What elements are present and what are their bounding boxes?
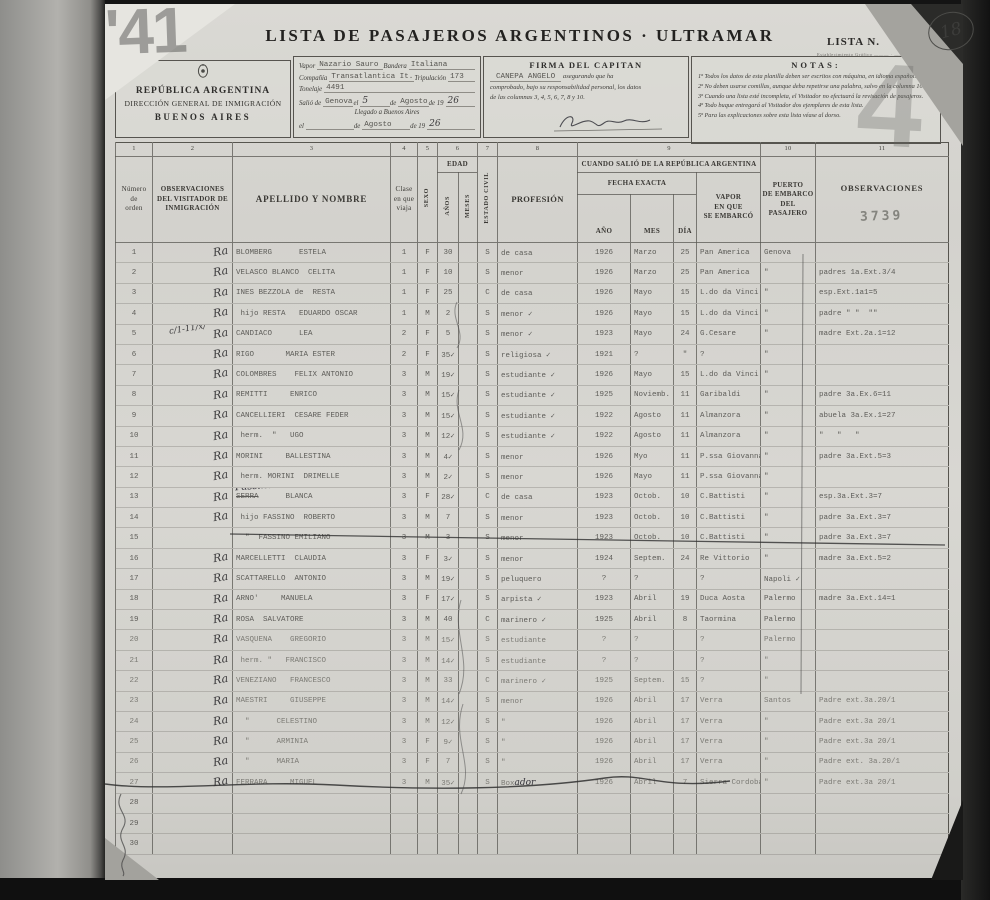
issuer-agency: DIRECCIÓN GENERAL DE INMIGRACIÓN bbox=[116, 99, 290, 108]
cell-numero: 5 bbox=[116, 324, 153, 344]
departure-month: Marzo bbox=[631, 269, 673, 277]
passenger-name: " FASSINO EMILIANO bbox=[236, 534, 331, 542]
colnum-2: 2 bbox=[153, 143, 233, 157]
embarkation-port: " bbox=[761, 432, 815, 440]
header-estado-civil: ESTADO CIVIL bbox=[478, 157, 498, 243]
cell-vapor: C.Battisti bbox=[697, 487, 761, 507]
passenger-name: FERRARA MIGUEL bbox=[236, 779, 317, 787]
passenger-row: 8 Ra REMITTI ENRICO 3 M 15✓ S estudiante… bbox=[116, 385, 949, 405]
profession: menor bbox=[501, 515, 524, 523]
cell-civil: S bbox=[478, 385, 498, 405]
cell-anio: 1925 bbox=[578, 610, 631, 630]
captain-box-title: FIRMA DEL CAPITAN bbox=[490, 60, 682, 70]
departure-year: 1926 bbox=[578, 453, 630, 461]
cell-numero: 3 bbox=[116, 283, 153, 303]
departure-vessel: Almanzora bbox=[697, 432, 760, 440]
row-number: 6 bbox=[116, 351, 152, 359]
cell-mes: Septem. bbox=[631, 671, 674, 691]
cell-vapor: ? bbox=[697, 650, 761, 670]
passenger-row: 10 Ra herm. " UGO 3 M 12✓ S estudiante ✓… bbox=[116, 426, 949, 446]
cell-sexo: M bbox=[418, 528, 438, 548]
cell-clase: 3 bbox=[391, 650, 418, 670]
cell-numero: 14 bbox=[116, 508, 153, 528]
passenger-name: herm. MORINI DRIMELLE bbox=[236, 473, 340, 481]
cell-sexo: M bbox=[418, 711, 438, 731]
cell-dia: 19 bbox=[674, 589, 697, 609]
row-number: 29 bbox=[116, 820, 152, 828]
cell-anos: 30 bbox=[438, 243, 459, 263]
cell-vapor: Verra bbox=[697, 732, 761, 752]
cell-vapor: L.do da Vinci bbox=[697, 283, 761, 303]
passenger-name: ARNO' MANUELA bbox=[236, 595, 313, 603]
departure-vessel: Sierra Cordoba bbox=[697, 779, 760, 787]
cell-obs: esp.Ext.1a1=5 bbox=[816, 283, 949, 303]
cell-numero: 2 bbox=[116, 263, 153, 283]
departure-vessel: ? bbox=[697, 657, 760, 665]
passenger-row: 21 Ra herm. " FRANCISCO 3 M 14✓ S estudi… bbox=[116, 650, 949, 670]
embarkation-port: " bbox=[761, 412, 815, 420]
passenger-name: " CELESTINO bbox=[236, 718, 317, 726]
cell-numero: 10 bbox=[116, 426, 153, 446]
cell-profesion: de casa bbox=[498, 487, 578, 507]
travel-class: 3 bbox=[391, 555, 417, 563]
cell-numero: 23 bbox=[116, 691, 153, 711]
visitor-mark: Ra bbox=[212, 509, 229, 524]
cell-profesion: marinero ✓ bbox=[498, 610, 578, 630]
age-years: 12✓ bbox=[438, 717, 458, 727]
cell-dia bbox=[674, 630, 697, 650]
cell-sexo: M bbox=[418, 508, 438, 528]
profession: menor bbox=[501, 556, 524, 564]
passenger-row: 20 Ra VASQUENA GREGORIO 3 M 15✓ S estudi… bbox=[116, 630, 949, 650]
cell-clase: 3 bbox=[391, 426, 418, 446]
passenger-row: 18 Ra ARNO' MANUELA 3 F 17✓ S arpista ✓ … bbox=[116, 589, 949, 609]
departure-vessel: L.do da Vinci bbox=[697, 371, 760, 379]
observations: Padre ext.3a.20/1 bbox=[816, 697, 948, 705]
departure-day: 15 bbox=[674, 371, 696, 379]
cell-puerto: " bbox=[761, 406, 816, 426]
row-number: 30 bbox=[116, 840, 152, 848]
age-years: 3 bbox=[438, 534, 458, 542]
salio-label: Salió de bbox=[299, 100, 323, 107]
cell-puerto: " bbox=[761, 650, 816, 670]
passenger-name: RIGO MARIA ESTER bbox=[236, 351, 335, 359]
embarkation-port: " bbox=[761, 371, 815, 379]
cell-sexo: M bbox=[418, 426, 438, 446]
embarkation-port: " bbox=[761, 351, 815, 359]
departure-year: 1926 bbox=[578, 697, 630, 705]
cell-puerto: " bbox=[761, 487, 816, 507]
header-row-main: Número de orden OBSERVACIONES DEL VISITA… bbox=[116, 157, 949, 173]
cell-vapor: Re Vittorio bbox=[697, 548, 761, 568]
passenger-row: 5 c/1-11/x/ Ra CANDIACO LEA 2 F 5 S meno… bbox=[116, 324, 949, 344]
visitor-mark: Ra bbox=[212, 407, 229, 422]
cell-meses bbox=[459, 711, 478, 731]
age-years: 2 bbox=[438, 310, 458, 318]
cell-civil: S bbox=[478, 589, 498, 609]
cell-visitador: Ra bbox=[153, 650, 233, 670]
cell-meses bbox=[459, 528, 478, 548]
cell-nombre: MARCELLETTI CLAUDIA bbox=[233, 548, 391, 568]
cell-dia: 15 bbox=[674, 304, 697, 324]
cell-obs: Padre ext.3a 20/1 bbox=[816, 732, 949, 752]
departure-day: 8 bbox=[674, 616, 696, 624]
cell-civil bbox=[478, 834, 498, 854]
cell-profesion: estudiante ✓ bbox=[498, 426, 578, 446]
departure-year: 1923 bbox=[578, 534, 630, 542]
civil-status: S bbox=[478, 738, 497, 746]
cell-mes: Abril bbox=[631, 773, 674, 793]
header-apellido: APELLIDO Y NOMBRE bbox=[233, 157, 391, 243]
header-mes: MES bbox=[631, 195, 674, 243]
cell-anio: 1923 bbox=[578, 324, 631, 344]
embarkation-port: " bbox=[761, 493, 815, 501]
cell-meses bbox=[459, 813, 478, 833]
travel-class: 3 bbox=[391, 697, 417, 705]
cell-obs bbox=[816, 630, 949, 650]
cell-clase: 2 bbox=[391, 344, 418, 364]
cell-anio: 1922 bbox=[578, 426, 631, 446]
cell-dia: 15 bbox=[674, 365, 697, 385]
departure-month: Abril bbox=[631, 779, 673, 787]
cell-sexo: F bbox=[418, 344, 438, 364]
civil-status: S bbox=[478, 249, 497, 257]
sex: M bbox=[418, 412, 437, 420]
passenger-row: 26 Ra " MARIA 3 F 7 S " 1926 Abril 17 bbox=[116, 752, 949, 772]
cell-vapor: Almanzora bbox=[697, 426, 761, 446]
cell-puerto: " bbox=[761, 446, 816, 466]
row-number: 23 bbox=[116, 697, 152, 705]
cell-anio: 1923 bbox=[578, 487, 631, 507]
departure-month: Abril bbox=[631, 697, 673, 705]
departure-month: ? bbox=[631, 657, 673, 665]
departure-day: 11 bbox=[674, 391, 696, 399]
cell-puerto: " bbox=[761, 385, 816, 405]
cell-vapor: G.Cesare bbox=[697, 324, 761, 344]
cell-puerto: Palermo bbox=[761, 610, 816, 630]
embarkation-port: Santos bbox=[761, 697, 815, 705]
cell-anio: 1926 bbox=[578, 732, 631, 752]
cell-nombre: herm. " UGO bbox=[233, 426, 391, 446]
cell-civil: S bbox=[478, 691, 498, 711]
cell-anio: 1926 bbox=[578, 773, 631, 793]
cell-clase: 3 bbox=[391, 508, 418, 528]
cell-obs bbox=[816, 243, 949, 263]
cell-numero: 8 bbox=[116, 385, 153, 405]
cell-visitador: Ra bbox=[153, 304, 233, 324]
civil-status: S bbox=[478, 758, 497, 766]
age-years: 15✓ bbox=[438, 411, 458, 421]
cell-anos: 10 bbox=[438, 263, 459, 283]
cell-visitador: Ra bbox=[153, 283, 233, 303]
scan-background-bottom bbox=[0, 878, 990, 900]
departure-month: Septem. bbox=[631, 555, 673, 563]
handwritten-profession: ador bbox=[515, 778, 536, 788]
profession: menor bbox=[501, 474, 524, 482]
header-sexo-label: SEXO bbox=[423, 188, 431, 207]
visitor-mark: Ra bbox=[212, 427, 229, 442]
passenger-row: 14 Ra hijo FASSINO ROBERTO 3 M 7 S menor… bbox=[116, 508, 949, 528]
cell-nombre: CANDIACO LEA bbox=[233, 324, 391, 344]
row-number: 22 bbox=[116, 677, 152, 685]
cell-obs: " " " bbox=[816, 426, 949, 446]
cell-profesion: " bbox=[498, 752, 578, 772]
cell-nombre: " FASSINO EMILIANO bbox=[233, 528, 391, 548]
issuer-country: REPÚBLICA ARGENTINA bbox=[116, 86, 290, 96]
visitor-mark: Ra bbox=[212, 264, 229, 279]
header-dia: DÍA bbox=[674, 195, 697, 243]
sex: M bbox=[418, 391, 437, 399]
cell-civil: S bbox=[478, 732, 498, 752]
cell-nombre bbox=[233, 834, 391, 854]
civil-status: S bbox=[478, 391, 497, 399]
cell-obs: Padre ext.3a 20/1 bbox=[816, 773, 949, 793]
departure-day: 11 bbox=[674, 432, 696, 440]
cell-visitador: Ra bbox=[153, 446, 233, 466]
cell-numero: 16 bbox=[116, 548, 153, 568]
embarkation-port: Palermo bbox=[761, 636, 815, 644]
cell-dia: 11 bbox=[674, 406, 697, 426]
departure-month: ? bbox=[631, 575, 673, 583]
civil-status: S bbox=[478, 412, 497, 420]
departure-month: Abril bbox=[631, 718, 673, 726]
age-years: 25 bbox=[438, 289, 458, 297]
cell-clase: 3 bbox=[391, 711, 418, 731]
cell-anio: 1926 bbox=[578, 304, 631, 324]
cell-mes: Abril bbox=[631, 610, 674, 630]
cell-numero: 4 bbox=[116, 304, 153, 324]
travel-class: 3 bbox=[391, 616, 417, 624]
cell-nombre: SCATTARELLO ANTONIO bbox=[233, 569, 391, 589]
departure-year: 1926 bbox=[578, 779, 630, 787]
sex: M bbox=[418, 310, 437, 318]
departure-vessel: Verra bbox=[697, 758, 760, 766]
row-number: 17 bbox=[116, 575, 152, 583]
travel-class: 3 bbox=[391, 595, 417, 603]
embarkation-port: " bbox=[761, 514, 815, 522]
passenger-row: 16 Ra MARCELLETTI CLAUDIA 3 F 3✓ S menor… bbox=[116, 548, 949, 568]
sex: M bbox=[418, 657, 437, 665]
cell-mes: Octob. bbox=[631, 528, 674, 548]
header-sexo: SEXO bbox=[418, 157, 438, 243]
observations: abuela 3a.Ex.1=27 bbox=[816, 412, 948, 420]
cell-anio: 1926 bbox=[578, 711, 631, 731]
passenger-row: 24 Ra " CELESTINO 3 M 12✓ S " 1926 Abril… bbox=[116, 711, 949, 731]
cell-puerto: " bbox=[761, 263, 816, 283]
embarkation-port: " bbox=[761, 779, 815, 787]
passenger-row: 1 Ra BLOMBERG ESTELA 1 F 30 S de casa 19… bbox=[116, 243, 949, 263]
cell-numero: 12 bbox=[116, 467, 153, 487]
compania-label: Compañía bbox=[299, 75, 329, 82]
cell-meses bbox=[459, 283, 478, 303]
cell-vapor: Duca Aosta bbox=[697, 589, 761, 609]
cell-numero: 24 bbox=[116, 711, 153, 731]
cell-dia: 25 bbox=[674, 243, 697, 263]
age-years: 28✓ bbox=[438, 492, 458, 502]
cell-civil: C bbox=[478, 487, 498, 507]
salio-anio-value: 26 bbox=[446, 96, 475, 107]
sex: F bbox=[418, 249, 437, 257]
cell-nombre: " ARMINIA bbox=[233, 732, 391, 752]
cell-puerto: " bbox=[761, 467, 816, 487]
passenger-name: hijo FASSINO ROBERTO bbox=[236, 514, 335, 522]
travel-class: 3 bbox=[391, 371, 417, 379]
cell-civil: C bbox=[478, 610, 498, 630]
cell-clase: 1 bbox=[391, 283, 418, 303]
sex: F bbox=[418, 351, 437, 359]
cell-obs bbox=[816, 650, 949, 670]
embarkation-port: " bbox=[761, 718, 815, 726]
departure-year: 1923 bbox=[578, 493, 630, 501]
passenger-row: 22 Ra VENEZIANO FRANCESCO 3 M 33 C marin… bbox=[116, 671, 949, 691]
cell-obs: padre 3a.Ext.3=7 bbox=[816, 528, 949, 548]
cell-anio: 1921 bbox=[578, 344, 631, 364]
captain-text-3: de las columnas 3, 4, 5, 6, 7, 8 y 10. bbox=[490, 93, 682, 103]
cell-meses bbox=[459, 446, 478, 466]
departure-day: 15 bbox=[674, 310, 696, 318]
previous-page-edge bbox=[0, 0, 105, 884]
cell-meses bbox=[459, 732, 478, 752]
departure-vessel: G.Cesare bbox=[697, 330, 760, 338]
cell-dia: 10 bbox=[674, 487, 697, 507]
age-years: 33 bbox=[438, 677, 458, 685]
cell-mes: Noviemb. bbox=[631, 385, 674, 405]
observations: Padre ext. 3a.20/1 bbox=[816, 758, 948, 766]
passenger-name: BLOMBERG ESTELA bbox=[236, 249, 326, 257]
cell-visitador: Ra bbox=[153, 773, 233, 793]
cell-nombre: herm. MORINI DRIMELLE bbox=[233, 467, 391, 487]
cell-anio: 1926 bbox=[578, 752, 631, 772]
cell-meses bbox=[459, 589, 478, 609]
de192-label: de 19 bbox=[410, 123, 427, 130]
header-numero: Número de orden bbox=[116, 157, 153, 243]
age-years: 3✓ bbox=[438, 554, 458, 564]
header-observaciones-visitador: OBSERVACIONES DEL VISITADOR DE INMIGRACI… bbox=[153, 157, 233, 243]
cell-sexo: M bbox=[418, 569, 438, 589]
cell-civil: S bbox=[478, 711, 498, 731]
cell-profesion: estudiante ✓ bbox=[498, 385, 578, 405]
header-cuando-salio: CUANDO SALIÓ DE LA REPÚBLICA ARGENTINA bbox=[578, 157, 761, 173]
row-number: 11 bbox=[116, 453, 152, 461]
header-estado-label: ESTADO CIVIL bbox=[483, 172, 491, 224]
departure-vessel: Verra bbox=[697, 738, 760, 746]
cell-nombre: hijo RESTA EDUARDO OSCAR bbox=[233, 304, 391, 324]
cell-obs bbox=[816, 610, 949, 630]
cell-profesion: menor bbox=[498, 508, 578, 528]
captain-text-1: asegurando que ha bbox=[561, 73, 613, 80]
departure-year: 1926 bbox=[578, 371, 630, 379]
cell-mes bbox=[631, 813, 674, 833]
profession: menor bbox=[501, 535, 524, 543]
salio-mes-value: Agosto bbox=[398, 98, 428, 107]
age-years: 35✓ bbox=[438, 350, 458, 360]
cell-clase: 3 bbox=[391, 773, 418, 793]
cell-profesion: arpista ✓ bbox=[498, 589, 578, 609]
cell-puerto: " bbox=[761, 711, 816, 731]
cell-dia: 11 bbox=[674, 446, 697, 466]
departure-vessel: C.Battisti bbox=[697, 514, 760, 522]
cell-puerto bbox=[761, 793, 816, 813]
visitor-mark: Ra bbox=[212, 692, 229, 707]
cell-profesion: marinero ✓ bbox=[498, 671, 578, 691]
cell-visitador: Ra bbox=[153, 365, 233, 385]
cell-anos: 19✓ bbox=[438, 569, 459, 589]
cell-vapor: C.Battisti bbox=[697, 528, 761, 548]
departure-vessel: C.Battisti bbox=[697, 493, 760, 501]
cell-mes: Octob. bbox=[631, 487, 674, 507]
colnum-6: 6 bbox=[438, 143, 478, 157]
cell-visitador: Ra bbox=[153, 263, 233, 283]
visitor-mark: Ra bbox=[212, 285, 229, 300]
scan-background-right bbox=[961, 0, 990, 900]
cell-vapor: Sierra Cordoba bbox=[697, 773, 761, 793]
departure-day: " bbox=[674, 351, 696, 359]
cell-vapor: ? bbox=[697, 671, 761, 691]
cell-obs bbox=[816, 834, 949, 854]
departure-month: Octob. bbox=[631, 514, 673, 522]
cell-profesion: de casa bbox=[498, 283, 578, 303]
header-edad: EDAD bbox=[438, 157, 478, 173]
cell-obs bbox=[816, 793, 949, 813]
departure-day: 24 bbox=[674, 330, 696, 338]
cell-civil: S bbox=[478, 569, 498, 589]
cell-anio: ? bbox=[578, 650, 631, 670]
travel-class: 3 bbox=[391, 514, 417, 522]
bandera-value: Italiana bbox=[409, 61, 475, 70]
cell-vapor: Almanzora bbox=[697, 406, 761, 426]
cell-anio: ? bbox=[578, 569, 631, 589]
colnum-8: 8 bbox=[498, 143, 578, 157]
embarkation-port: " bbox=[761, 738, 815, 746]
cell-anio: 1926 bbox=[578, 446, 631, 466]
sex: F bbox=[418, 493, 437, 501]
cell-mes: ? bbox=[631, 650, 674, 670]
cell-nombre: COLOMBRES FELIX ANTONIO bbox=[233, 365, 391, 385]
profession: " bbox=[501, 739, 506, 747]
departure-vessel: Re Vittorio bbox=[697, 555, 760, 563]
cell-numero: 21 bbox=[116, 650, 153, 670]
age-years: 14✓ bbox=[438, 656, 458, 666]
cell-anos: 15✓ bbox=[438, 385, 459, 405]
visitor-mark: Ra bbox=[212, 448, 229, 463]
cell-numero: 9 bbox=[116, 406, 153, 426]
cell-anio: 1926 bbox=[578, 467, 631, 487]
departure-day: 11 bbox=[674, 453, 696, 461]
cell-vapor bbox=[697, 813, 761, 833]
salio-puerto-value: Genova bbox=[323, 98, 353, 107]
civil-status: S bbox=[478, 697, 497, 705]
civil-status: S bbox=[478, 657, 497, 665]
cell-puerto: " bbox=[761, 752, 816, 772]
cell-vapor: Verra bbox=[697, 711, 761, 731]
sex: M bbox=[418, 371, 437, 379]
cell-sexo: M bbox=[418, 304, 438, 324]
cell-dia: 17 bbox=[674, 691, 697, 711]
age-years: 10 bbox=[438, 269, 458, 277]
cell-civil: C bbox=[478, 283, 498, 303]
header-anos: AÑOS bbox=[438, 173, 459, 243]
cell-civil: S bbox=[478, 508, 498, 528]
departure-year: 1926 bbox=[578, 473, 630, 481]
cell-profesion bbox=[498, 813, 578, 833]
cell-dia: 24 bbox=[674, 324, 697, 344]
cell-sexo: M bbox=[418, 446, 438, 466]
cell-visitador: Ra bbox=[153, 487, 233, 507]
de19-label: de 19 bbox=[429, 100, 446, 107]
cell-clase: 3 bbox=[391, 528, 418, 548]
departure-month: Mayo bbox=[631, 289, 673, 297]
cell-meses bbox=[459, 610, 478, 630]
